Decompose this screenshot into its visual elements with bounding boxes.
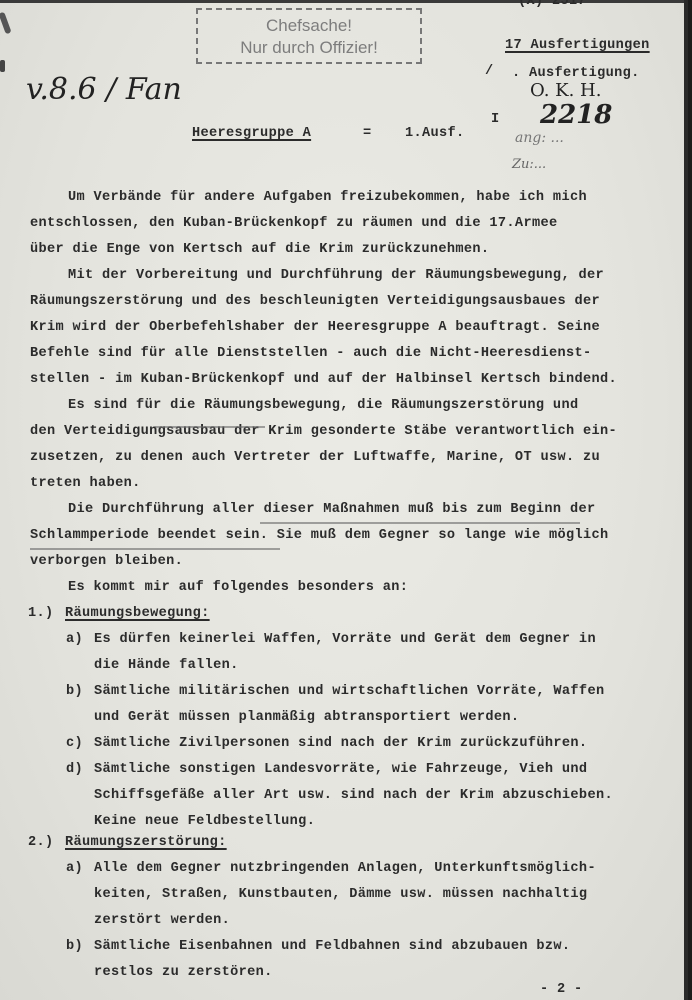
item-line: die Hände fallen. — [94, 658, 239, 673]
top-reference: (X) 2517 — [518, 0, 586, 9]
addressee-separator: = — [363, 126, 372, 141]
stamp-line-2: Nur durch Offizier! — [198, 37, 420, 59]
body-line: Es sind für die Räumungsbewegung, die Rä… — [68, 398, 578, 413]
section-title: Räumungszerstörung: — [65, 835, 227, 850]
addressee: Heeresgruppe A — [192, 126, 311, 141]
registry-mark: O. K. H. — [530, 80, 601, 101]
handwritten-note: ang: ... — [515, 130, 564, 146]
body-line: verborgen bleiben. — [30, 554, 183, 569]
section-number: 1.) — [28, 606, 54, 621]
item-line: restlos zu zerstören. — [94, 965, 273, 980]
item-line: Sämtliche militärischen und wirtschaftli… — [94, 684, 604, 699]
item-line: Es dürfen keinerlei Waffen, Vorräte und … — [94, 632, 596, 647]
item-line: Keine neue Feldbestellung. — [94, 814, 315, 829]
document-page: (X) 2517 Chefsache! Nur durch Offizier! … — [0, 0, 688, 1000]
body-line: Räumungszerstörung und des beschleunigte… — [30, 294, 600, 309]
section-title: Räumungsbewegung: — [65, 606, 210, 621]
margin-mark — [0, 12, 12, 35]
item-line: zerstört werden. — [94, 913, 230, 928]
body-line: Um Verbände für andere Aufgaben freizube… — [68, 190, 587, 205]
item-line: Sämtliche sonstigen Landesvorräte, wie F… — [94, 762, 587, 777]
handwritten-initials: Zu:... — [512, 157, 546, 172]
item-label: b) — [66, 939, 83, 954]
body-line: treten haben. — [30, 476, 141, 491]
item-line: keiten, Straßen, Kunstbauten, Dämme usw.… — [94, 887, 587, 902]
body-line: zusetzen, zu denen auch Vertreter der Lu… — [30, 450, 600, 465]
body-line: Die Durchführung aller dieser Maßnahmen … — [68, 502, 595, 517]
page-number: - 2 - — [540, 982, 583, 997]
handwritten-number: 2218 — [540, 100, 612, 130]
classification-stamp: Chefsache! Nur durch Offizier! — [196, 8, 422, 64]
item-line: Sämtliche Zivilpersonen sind nach der Kr… — [94, 736, 587, 751]
body-line: entschlossen, den Kuban-Brückenkopf zu r… — [30, 216, 557, 231]
ink-smear — [155, 426, 265, 428]
copies-total: 17 Ausfertigungen — [505, 38, 650, 53]
item-line: Schiffsgefäße aller Art usw. sind nach d… — [94, 788, 613, 803]
item-line: Sämtliche Eisenbahnen und Feldbahnen sin… — [94, 939, 570, 954]
ink-smear — [30, 548, 280, 550]
body-line: Es kommt mir auf folgendes besonders an: — [68, 580, 408, 595]
margin-mark — [0, 60, 5, 72]
body-line: stellen - im Kuban-Brückenkopf und auf d… — [30, 372, 617, 387]
item-label: a) — [66, 861, 83, 876]
ink-smear — [260, 522, 580, 524]
item-label: d) — [66, 762, 83, 777]
addressee-copy: 1.Ausf. — [405, 126, 465, 141]
stamp-line-1: Chefsache! — [198, 15, 420, 37]
body-line: über die Enge von Kertsch auf die Krim z… — [30, 242, 489, 257]
item-line: und Gerät müssen planmäßig abtransportie… — [94, 710, 519, 725]
body-line: den Verteidigungsausbau der Krim gesonde… — [30, 424, 617, 439]
body-line: Mit der Vorbereitung und Durchführung de… — [68, 268, 604, 283]
body-line: Befehle sind für alle Dienststellen - au… — [30, 346, 592, 361]
item-label: a) — [66, 632, 83, 647]
item-label: b) — [66, 684, 83, 699]
registry-numeral: I — [491, 112, 500, 127]
copy-line: . Ausfertigung. — [512, 66, 640, 81]
item-label: c) — [66, 736, 83, 751]
section-number: 2.) — [28, 835, 54, 850]
body-line: Schlammperiode beendet sein. Sie muß dem… — [30, 528, 609, 543]
body-line: Krim wird der Oberbefehlshaber der Heere… — [30, 320, 600, 335]
photo-border-right — [684, 0, 688, 1000]
copy-number-mark: / — [485, 64, 494, 79]
item-line: Alle dem Gegner nutzbringenden Anlagen, … — [94, 861, 596, 876]
handwritten-margin-note: v.8.6 / Fan — [26, 72, 182, 107]
